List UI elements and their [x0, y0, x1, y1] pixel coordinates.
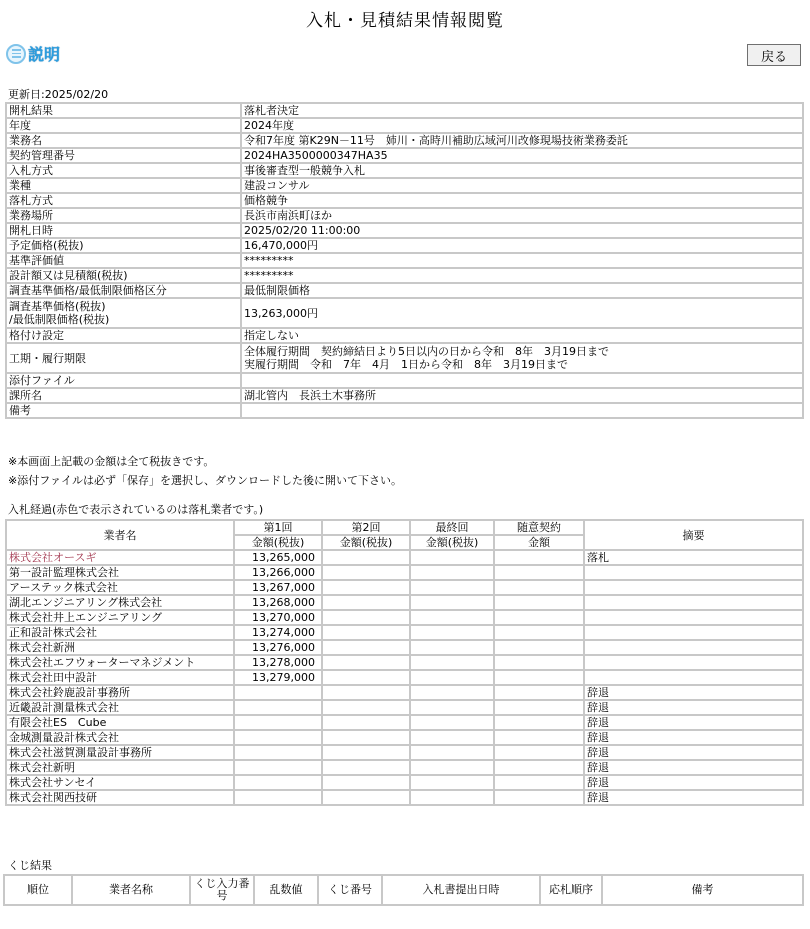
- info-row: 調査基準価格(税抜) /最低制限価格(税抜)13,263,000円: [6, 298, 803, 328]
- round2-amount: [322, 610, 410, 625]
- bid-history-caption: 入札経過(赤色で表示されているのは落札業者です。): [8, 501, 263, 517]
- round2-amount: [322, 595, 410, 610]
- header-company: 業者名: [6, 520, 234, 550]
- round2-amount: [322, 625, 410, 640]
- info-row: 業務名令和7年度 第K29N－11号 姉川・高時川補助広域河川改修現場技術業務委…: [6, 133, 803, 148]
- negotiated-amount: [494, 595, 584, 610]
- info-label: 契約管理番号: [6, 148, 241, 163]
- final-amount: [410, 715, 494, 730]
- info-row: 設計額又は見積額(税抜)*********: [6, 268, 803, 283]
- info-value: 事後審査型一般競争入札: [241, 163, 803, 178]
- header-round2-amount: 金額(税抜): [322, 535, 410, 550]
- header-round1-amount: 金額(税抜): [234, 535, 322, 550]
- header-final: 最終回: [410, 520, 494, 535]
- negotiated-amount: [494, 790, 584, 805]
- round2-amount: [322, 715, 410, 730]
- info-label: 予定価格(税抜): [6, 238, 241, 253]
- negotiated-amount: [494, 565, 584, 580]
- info-row: 備考: [6, 403, 803, 418]
- remarks: [584, 580, 803, 595]
- company-name: 株式会社エフウォーターマネジメント: [6, 655, 234, 670]
- round1-amount: [234, 790, 322, 805]
- negotiated-amount: [494, 550, 584, 565]
- remarks: 落札: [584, 550, 803, 565]
- info-value: 指定しない: [241, 328, 803, 343]
- negotiated-amount: [494, 580, 584, 595]
- info-label: 業務名: [6, 133, 241, 148]
- final-amount: [410, 565, 494, 580]
- company-name: 株式会社滋賀測量設計事務所: [6, 745, 234, 760]
- remarks: [584, 640, 803, 655]
- round2-amount: [322, 745, 410, 760]
- negotiated-amount: [494, 655, 584, 670]
- round2-amount: [322, 670, 410, 685]
- negotiated-amount: [494, 745, 584, 760]
- company-name: 株式会社サンセイ: [6, 775, 234, 790]
- final-amount: [410, 595, 494, 610]
- info-label: 入札方式: [6, 163, 241, 178]
- remarks: 辞退: [584, 700, 803, 715]
- bid-row: 株式会社新明辞退: [6, 760, 803, 775]
- info-value: [241, 403, 803, 418]
- final-amount: [410, 760, 494, 775]
- final-amount: [410, 655, 494, 670]
- round2-amount: [322, 640, 410, 655]
- negotiated-amount: [494, 700, 584, 715]
- round2-amount: [322, 775, 410, 790]
- page-title: 入札・見積結果情報閲覧: [0, 6, 810, 31]
- round1-amount: 13,278,000: [234, 655, 322, 670]
- info-row: 業種建設コンサル: [6, 178, 803, 193]
- header-remarks: 摘要: [584, 520, 803, 550]
- final-amount: [410, 685, 494, 700]
- lottery-header-bid-order: 応札順序: [540, 875, 602, 905]
- final-amount: [410, 790, 494, 805]
- header-round1: 第1回: [234, 520, 322, 535]
- bid-row: 第一設計監理株式会社13,266,000: [6, 565, 803, 580]
- company-name: 株式会社鈴鹿設計事務所: [6, 685, 234, 700]
- remarks: [584, 625, 803, 640]
- info-value: *********: [241, 253, 803, 268]
- bid-row: 株式会社新洲13,276,000: [6, 640, 803, 655]
- info-label: 業種: [6, 178, 241, 193]
- round1-amount: [234, 685, 322, 700]
- info-label: 調査基準価格(税抜) /最低制限価格(税抜): [6, 298, 241, 328]
- info-row: 課所名湖北管内 長浜土木事務所: [6, 388, 803, 403]
- lottery-header-rank: 順位: [4, 875, 72, 905]
- bid-row: アーステック株式会社13,267,000: [6, 580, 803, 595]
- help-link[interactable]: 説明: [6, 42, 60, 65]
- company-name: 金城測量設計株式会社: [6, 730, 234, 745]
- remarks: [584, 565, 803, 580]
- round2-amount: [322, 790, 410, 805]
- negotiated-amount: [494, 730, 584, 745]
- info-value: 2024HA3500000347HA35: [241, 148, 803, 163]
- round2-amount: [322, 655, 410, 670]
- lottery-header-company: 業者名称: [72, 875, 190, 905]
- remarks: 辞退: [584, 775, 803, 790]
- company-name: 有限会社ES Cube: [6, 715, 234, 730]
- info-row: 調査基準価格/最低制限価格区分最低制限価格: [6, 283, 803, 298]
- remarks: 辞退: [584, 745, 803, 760]
- info-row: 契約管理番号2024HA3500000347HA35: [6, 148, 803, 163]
- bid-row: 株式会社エフウォーターマネジメント13,278,000: [6, 655, 803, 670]
- info-row: 予定価格(税抜)16,470,000円: [6, 238, 803, 253]
- bid-row: 正和設計株式会社13,274,000: [6, 625, 803, 640]
- negotiated-amount: [494, 640, 584, 655]
- info-row: 基準評価値*********: [6, 253, 803, 268]
- info-value: 2025/02/20 11:00:00: [241, 223, 803, 238]
- info-row: 開札結果落札者決定: [6, 103, 803, 118]
- help-label: 説明: [28, 42, 60, 65]
- company-name: 株式会社関西技研: [6, 790, 234, 805]
- info-label: 格付け設定: [6, 328, 241, 343]
- bid-history-table: 業者名 第1回 第2回 最終回 随意契約 摘要 金額(税抜) 金額(税抜) 金額…: [5, 519, 804, 806]
- info-label: 設計額又は見積額(税抜): [6, 268, 241, 283]
- info-row: 業務場所長浜市南浜町ほか: [6, 208, 803, 223]
- company-name: 湖北エンジニアリング株式会社: [6, 595, 234, 610]
- remarks: [584, 670, 803, 685]
- final-amount: [410, 610, 494, 625]
- negotiated-amount: [494, 685, 584, 700]
- remarks: 辞退: [584, 685, 803, 700]
- info-row: 格付け設定指定しない: [6, 328, 803, 343]
- company-name: 近畿設計測量株式会社: [6, 700, 234, 715]
- negotiated-amount: [494, 670, 584, 685]
- lottery-header-submission-datetime: 入札書提出日時: [382, 875, 540, 905]
- bid-row: 有限会社ES Cube辞退: [6, 715, 803, 730]
- header-negotiated-amount: 金額: [494, 535, 584, 550]
- company-name: 株式会社オースギ: [6, 550, 234, 565]
- final-amount: [410, 625, 494, 640]
- info-label: 開札結果: [6, 103, 241, 118]
- info-value: 16,470,000円: [241, 238, 803, 253]
- bid-row: 株式会社オースギ13,265,000落札: [6, 550, 803, 565]
- bid-row: 株式会社鈴鹿設計事務所辞退: [6, 685, 803, 700]
- bid-row: 株式会社井上エンジニアリング13,270,000: [6, 610, 803, 625]
- info-value: 落札者決定: [241, 103, 803, 118]
- lottery-table: 順位 業者名称 くじ入力番号 乱数値 くじ番号 入札書提出日時 応札順序 備考: [3, 874, 804, 906]
- round2-amount: [322, 565, 410, 580]
- info-row: 入札方式事後審査型一般競争入札: [6, 163, 803, 178]
- company-name: 株式会社井上エンジニアリング: [6, 610, 234, 625]
- info-label: 課所名: [6, 388, 241, 403]
- header-round2: 第2回: [322, 520, 410, 535]
- info-table: 開札結果落札者決定年度2024年度業務名令和7年度 第K29N－11号 姉川・高…: [5, 102, 804, 419]
- info-row: 年度2024年度: [6, 118, 803, 133]
- back-button[interactable]: 戻る: [747, 44, 801, 66]
- round2-amount: [322, 550, 410, 565]
- lottery-header-lottery-number: くじ番号: [318, 875, 382, 905]
- info-label: 添付ファイル: [6, 373, 241, 388]
- info-value: 13,263,000円: [241, 298, 803, 328]
- company-name: 第一設計監理株式会社: [6, 565, 234, 580]
- remarks: [584, 610, 803, 625]
- company-name: 正和設計株式会社: [6, 625, 234, 640]
- negotiated-amount: [494, 610, 584, 625]
- round1-amount: [234, 700, 322, 715]
- round2-amount: [322, 760, 410, 775]
- note-attachment: ※添付ファイルは必ず「保存」を選択し、ダウンロードした後に開いて下さい。: [8, 471, 402, 490]
- round1-amount: 13,265,000: [234, 550, 322, 565]
- round1-amount: 13,267,000: [234, 580, 322, 595]
- round1-amount: 13,266,000: [234, 565, 322, 580]
- bid-row: 金城測量設計株式会社辞退: [6, 730, 803, 745]
- final-amount: [410, 775, 494, 790]
- remarks: 辞退: [584, 760, 803, 775]
- info-value: 最低制限価格: [241, 283, 803, 298]
- document-icon: [6, 44, 26, 64]
- lottery-header-random-value: 乱数値: [254, 875, 318, 905]
- info-value: *********: [241, 268, 803, 283]
- bid-row: 株式会社田中設計13,279,000: [6, 670, 803, 685]
- info-label: 業務場所: [6, 208, 241, 223]
- round1-amount: 13,279,000: [234, 670, 322, 685]
- updated-date: 更新日:2025/02/20: [8, 86, 108, 102]
- negotiated-amount: [494, 625, 584, 640]
- info-label: 落札方式: [6, 193, 241, 208]
- header-negotiated: 随意契約: [494, 520, 584, 535]
- bid-row: 株式会社サンセイ辞退: [6, 775, 803, 790]
- final-amount: [410, 640, 494, 655]
- round1-amount: 13,276,000: [234, 640, 322, 655]
- remarks: [584, 655, 803, 670]
- lottery-header-lottery-input-number: くじ入力番号: [190, 875, 254, 905]
- round1-amount: [234, 760, 322, 775]
- round1-amount: 13,270,000: [234, 610, 322, 625]
- company-name: アーステック株式会社: [6, 580, 234, 595]
- round2-amount: [322, 700, 410, 715]
- info-value: 2024年度: [241, 118, 803, 133]
- remarks: 辞退: [584, 730, 803, 745]
- info-label: 開札日時: [6, 223, 241, 238]
- round1-amount: [234, 745, 322, 760]
- company-name: 株式会社新洲: [6, 640, 234, 655]
- header-final-amount: 金額(税抜): [410, 535, 494, 550]
- negotiated-amount: [494, 760, 584, 775]
- final-amount: [410, 670, 494, 685]
- round1-amount: 13,268,000: [234, 595, 322, 610]
- info-row: 開札日時2025/02/20 11:00:00: [6, 223, 803, 238]
- round2-amount: [322, 730, 410, 745]
- info-value: 湖北管内 長浜土木事務所: [241, 388, 803, 403]
- round2-amount: [322, 685, 410, 700]
- company-name: 株式会社新明: [6, 760, 234, 775]
- round1-amount: [234, 715, 322, 730]
- company-name: 株式会社田中設計: [6, 670, 234, 685]
- info-value: 価格競争: [241, 193, 803, 208]
- remarks: 辞退: [584, 790, 803, 805]
- info-label: 工期・履行期限: [6, 343, 241, 373]
- bid-row: 株式会社関西技研辞退: [6, 790, 803, 805]
- bid-row: 近畿設計測量株式会社辞退: [6, 700, 803, 715]
- bid-row: 株式会社滋賀測量設計事務所辞退: [6, 745, 803, 760]
- remarks: 辞退: [584, 715, 803, 730]
- final-amount: [410, 550, 494, 565]
- round2-amount: [322, 580, 410, 595]
- info-label: 年度: [6, 118, 241, 133]
- bid-row: 湖北エンジニアリング株式会社13,268,000: [6, 595, 803, 610]
- info-row: 落札方式価格競争: [6, 193, 803, 208]
- lottery-header-remarks: 備考: [602, 875, 803, 905]
- note-tax: ※本画面上記載の金額は全て税抜きです。: [8, 452, 402, 471]
- info-value: 全体履行期間 契約締結日より5日以内の日から令和 8年 3月19日まで 実履行期…: [241, 343, 803, 373]
- remarks: [584, 595, 803, 610]
- round1-amount: [234, 775, 322, 790]
- negotiated-amount: [494, 715, 584, 730]
- lottery-caption: くじ結果: [8, 857, 52, 873]
- info-row: 添付ファイル: [6, 373, 803, 388]
- final-amount: [410, 730, 494, 745]
- final-amount: [410, 580, 494, 595]
- final-amount: [410, 700, 494, 715]
- notes: ※本画面上記載の金額は全て税抜きです。 ※添付ファイルは必ず「保存」を選択し、ダ…: [8, 452, 402, 490]
- round1-amount: 13,274,000: [234, 625, 322, 640]
- final-amount: [410, 745, 494, 760]
- info-row: 工期・履行期限全体履行期間 契約締結日より5日以内の日から令和 8年 3月19日…: [6, 343, 803, 373]
- negotiated-amount: [494, 775, 584, 790]
- info-value: 令和7年度 第K29N－11号 姉川・高時川補助広域河川改修現場技術業務委託: [241, 133, 803, 148]
- info-value: 建設コンサル: [241, 178, 803, 193]
- round1-amount: [234, 730, 322, 745]
- info-label: 調査基準価格/最低制限価格区分: [6, 283, 241, 298]
- info-value: [241, 373, 803, 388]
- info-label: 基準評価値: [6, 253, 241, 268]
- info-label: 備考: [6, 403, 241, 418]
- info-value: 長浜市南浜町ほか: [241, 208, 803, 223]
